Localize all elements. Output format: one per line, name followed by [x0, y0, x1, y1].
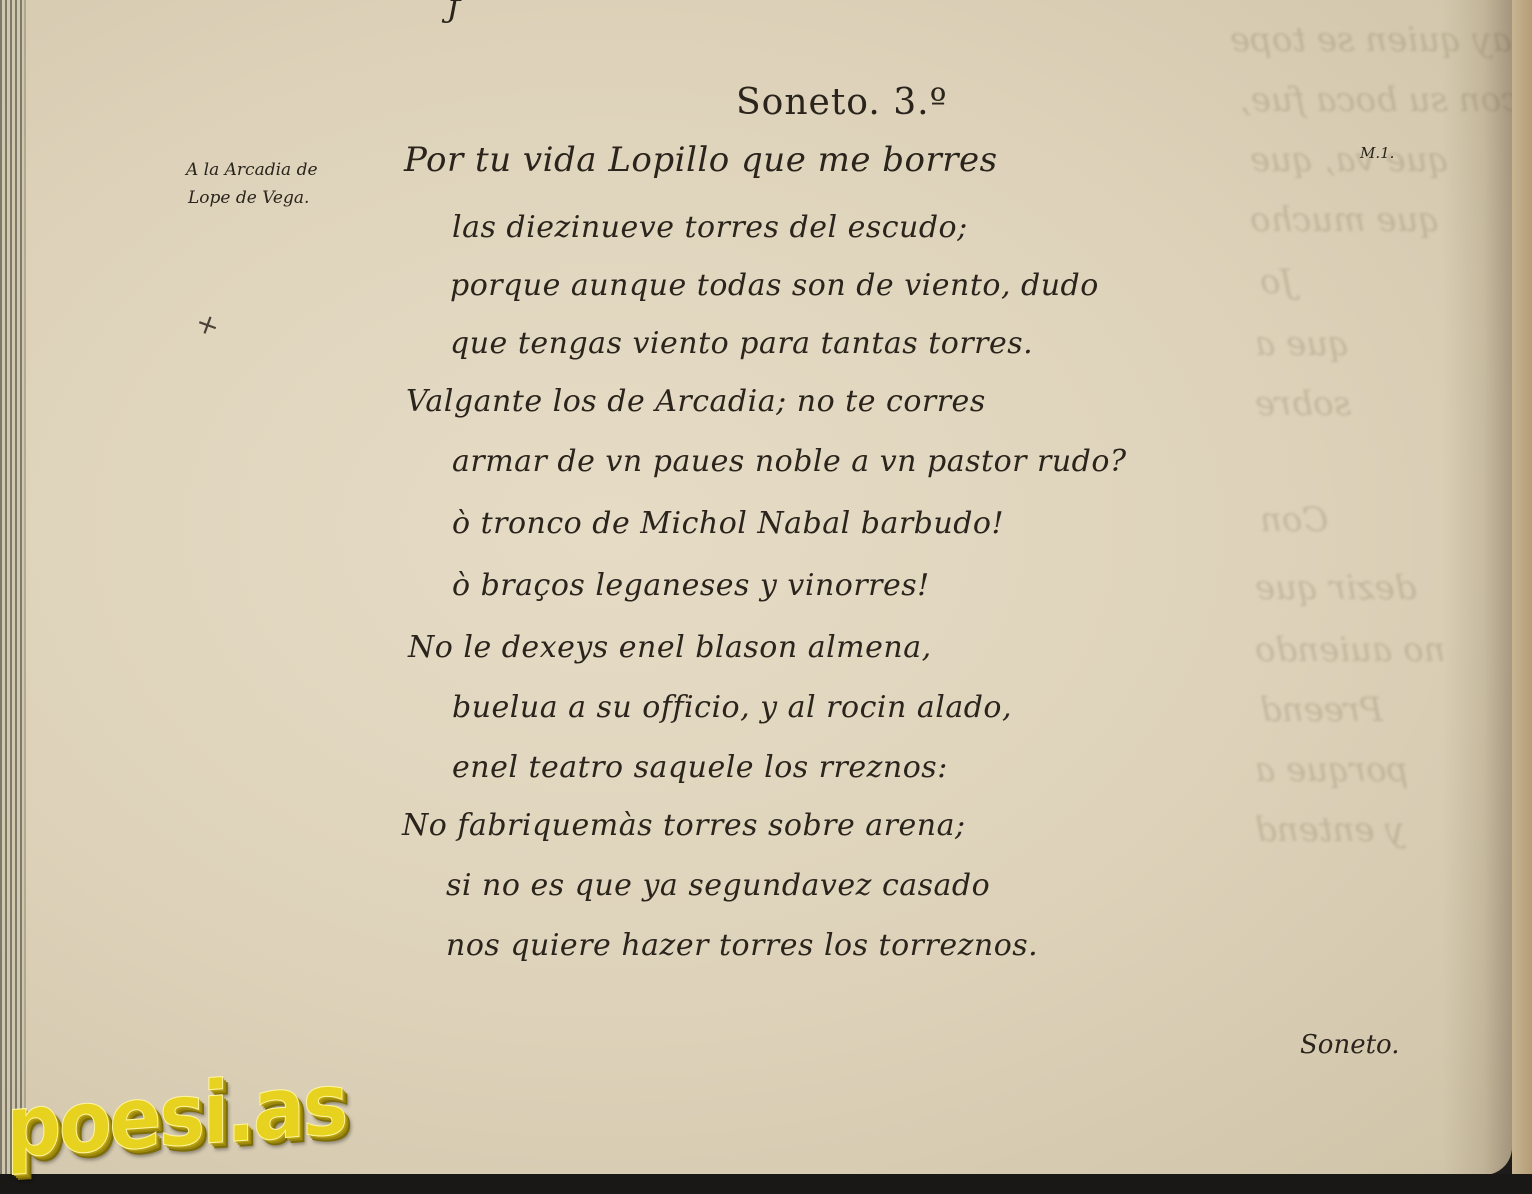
poem-line: las diezinueve torres del escudo;: [452, 210, 968, 245]
bleedthrough-line: no auiendo: [1255, 630, 1445, 670]
bleedthrough-line: Con: [1260, 500, 1328, 540]
catchword: Soneto.: [1300, 1030, 1400, 1060]
poem-line: porque aunque todas son de viento, dudo: [450, 268, 1099, 303]
margin-cross-mark: +: [191, 305, 224, 344]
poem-line: si no es que ya segundavez casado: [446, 868, 990, 903]
bleedthrough-line: que no diga, con su boca fue,: [1240, 80, 1512, 120]
page-shadow-bottom: [0, 1174, 1532, 1194]
poem-line: nos quiere hazer torres los torreznos.: [446, 928, 1038, 963]
bleedthrough-line: Preend: [1260, 690, 1383, 730]
poem-line: enel teatro saquele los rreznos:: [452, 750, 948, 785]
poem-line: No le dexeys enel blason almena,: [408, 630, 932, 665]
bleedthrough-line: Jo: [1260, 262, 1294, 302]
sonnet-heading: Soneto. 3.º: [736, 82, 948, 123]
poem-line: buelua a su officio, y al rocin alado,: [452, 690, 1012, 725]
poem-line: ò braços leganeses y vinorres!: [452, 568, 930, 603]
poem-line: armar de vn paues noble a vn pastor rudo…: [452, 444, 1127, 479]
margin-mark-right: M.1.: [1360, 144, 1394, 162]
bleedthrough-line: porque a: [1255, 750, 1408, 790]
manuscript-page: Anauronte Español, no ay quien se tope q…: [0, 0, 1512, 1175]
bleedthrough-line: sobre: [1255, 384, 1351, 424]
bleedthrough-line: que mucho: [1250, 200, 1440, 240]
bleedthrough-line: Anauronte Español, no ay quien se tope: [1230, 20, 1512, 60]
margin-note-line: A la Arcadia de: [186, 160, 318, 180]
poem-line: ò tronco de Michol Nabal barbudo!: [452, 506, 1004, 541]
book-binding-lines: [0, 0, 24, 1175]
margin-note-line: Lope de Vega.: [188, 188, 309, 208]
bleedthrough-line: dezir que: [1255, 568, 1417, 608]
bleedthrough-line: que a: [1255, 324, 1350, 364]
top-ink-stroke: ƒ: [448, 0, 461, 26]
poem-line: Valgante los de Arcadia; no te corres: [406, 384, 986, 419]
poem-line: Por tu vida Lopillo que me borres: [404, 140, 998, 180]
poem-line: que tengas viento para tantas torres.: [450, 326, 1033, 361]
bleedthrough-line: que va, que: [1250, 140, 1449, 180]
poem-line: No fabriquemàs torres sobre arena;: [402, 808, 966, 843]
binding-edge: [24, 0, 26, 1175]
bleedthrough-line: y entend: [1255, 810, 1404, 850]
next-page-edge: [1512, 0, 1532, 1194]
